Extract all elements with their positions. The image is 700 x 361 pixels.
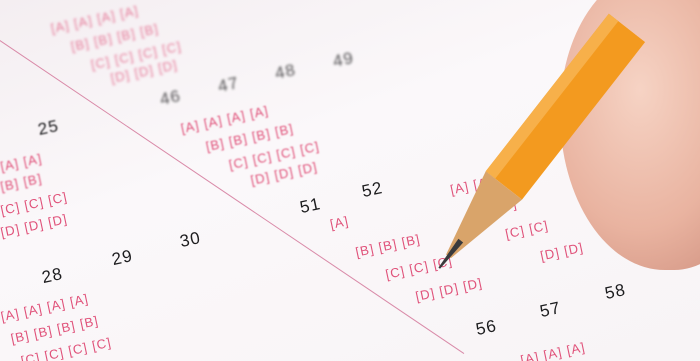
question-number: 29 <box>110 246 135 270</box>
question-number: 51 <box>298 194 323 218</box>
question-number: 46 <box>158 86 183 110</box>
question-number: 48 <box>273 60 298 84</box>
question-number: 30 <box>178 228 203 252</box>
question-number: 58 <box>603 280 628 304</box>
question-number: 52 <box>360 178 385 202</box>
question-number: 47 <box>216 73 241 97</box>
question-number: 56 <box>474 316 499 340</box>
question-number: 28 <box>40 264 65 288</box>
question-number: 57 <box>538 298 563 322</box>
question-number: 49 <box>331 48 356 72</box>
question-number: 25 <box>36 116 61 140</box>
